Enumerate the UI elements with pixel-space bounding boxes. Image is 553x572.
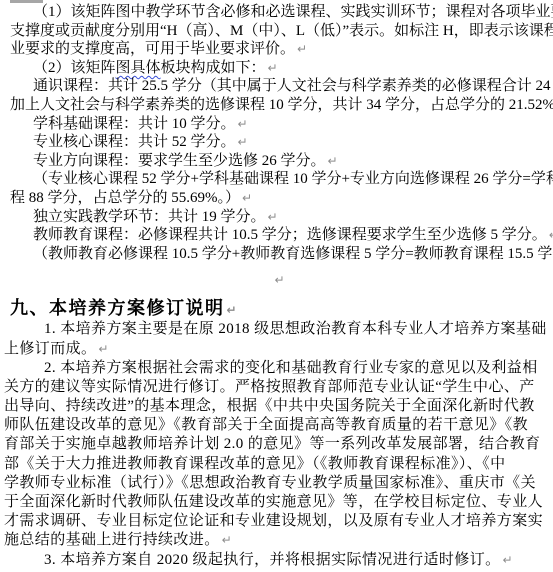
text-line: ↵: [10, 270, 547, 290]
spellcheck-squiggle: 图具体: [116, 60, 161, 76]
text-run: 1. 本培养方案主要是在原 2018 级思想政治教育本科专业人才培养方案基础: [44, 321, 547, 337]
text-run: 专业方向课程：要求学生至少选修 26 学分。: [33, 153, 326, 169]
text-line: （专业核心课程 52 学分+学科基础课程 10 学分+专业方向选修课程 26 学…: [10, 170, 547, 189]
text-line: 部《关于大力推进教师教育课程改革的意见》（《教师教育课程标准》）、《中: [4, 455, 547, 474]
paragraph-mark-icon: ↵: [227, 303, 237, 317]
text-line: 通识课程：共计 25.5 学分（其中属于人文社会与科学素养类的必修课程合计 24…: [10, 77, 547, 96]
text-run: 程 88 学分，占总学分的 55.69%。）: [10, 190, 240, 206]
text-run: 独立实践教学环节：共计 19 学分。: [33, 209, 266, 225]
text-run: 出导向、持续改进”的基本理念，根据《中共中央国务院关于全面深化新时代教: [4, 398, 535, 414]
paragraph-mark-icon: ↵: [268, 210, 278, 224]
text-line: 专业核心课程：共计 52 学分。↵: [10, 133, 547, 152]
paragraph-mark-icon: ↵: [274, 273, 284, 287]
paragraph-mark-icon: ↵: [549, 228, 553, 242]
text-line: 于全面深化新时代教师队伍建设改革的实施意见》等，在学校目标定位、专业人: [4, 493, 547, 512]
text-line: 学科基础课程：共计 10 学分。↵: [10, 115, 547, 134]
text-run: 师队伍建设改革的意见》《教育部关于全面提高高等教育质量的若干意见》《教: [4, 417, 528, 433]
text-line: 学教师专业标准（试行）》《思想政治教育专业教学质量国家标准》、重庆市《关: [4, 474, 547, 493]
text-run: 上修订而成。: [4, 341, 96, 357]
text-run: 部《关于大力推进教师教育课程改革的意见》（《教师教育课程标准》）、《中: [4, 456, 506, 472]
text-run: 施总结的基础上进行持续改进。: [4, 532, 220, 548]
paragraph-mark-icon: ↵: [503, 553, 513, 567]
paragraph-mark-icon: ↵: [98, 342, 108, 356]
paragraph-mark-icon: ↵: [297, 42, 307, 56]
paragraph-mark-icon: ↵: [242, 191, 252, 205]
text-line: （1）该矩阵图中教学环节含必修和必选课程、实践实训环节；课程对各项毕业要求的: [10, 3, 547, 22]
paragraph-mark-icon: ↵: [328, 154, 338, 168]
text-run: 支撑度或贡献度分别用“H（高）、M（中）、L（低）”表示。如标注 H，即表示该课…: [10, 23, 553, 39]
paragraph-mark-icon: ↵: [238, 117, 248, 131]
text-run: 学科基础课程：共计 10 学分。: [33, 116, 236, 132]
text-run: 通识课程：共计 25.5 学分（其中属于人文社会与科学素养类的必修课程合计 24…: [33, 78, 553, 94]
text-run: （2）该矩阵: [33, 60, 116, 76]
text-line: 业要求的支撑度高，可用于毕业要求评价。↵: [10, 40, 547, 59]
text-line: 独立实践教学环节：共计 19 学分。↵: [10, 208, 547, 227]
text-line: 程 88 学分，占总学分的 55.69%。）↵: [10, 189, 547, 208]
text-line: 出导向、持续改进”的基本理念，根据《中共中央国务院关于全面深化新时代教: [4, 397, 547, 416]
text-line: 专业方向课程：要求学生至少选修 26 学分。↵: [10, 152, 547, 171]
text-run: 于全面深化新时代教师队伍建设改革的实施意见》等，在学校目标定位、专业人: [4, 494, 543, 510]
document-body: （1）该矩阵图中教学环节含必修和必选课程、实践实训环节；课程对各项毕业要求的支撑…: [0, 0, 553, 572]
text-run: （教师教育必修课程 10.5 学分+教师教育选修课程 5 学分=教师教育课程 1…: [33, 246, 553, 262]
text-line: 师队伍建设改革的意见》《教育部关于全面提高高等教育质量的若干意见》《教: [4, 416, 547, 435]
text-line: 加上人文社会与科学素养类的选修课程 10 学分，共计 34 学分，占总学分的 2…: [10, 96, 547, 115]
text-run: 关方的建议等实际情况进行修订。严格按照教育部师范专业认证“学生中心、产: [4, 379, 535, 395]
text-run: （专业核心课程 52 学分+学科基础课程 10 学分+专业方向选修课程 26 学…: [33, 171, 553, 187]
text-run: 加上人文社会与科学素养类的选修课程 10 学分，共计 34 学分，占总学分的 2…: [10, 97, 553, 113]
section-heading: 九、本培养方案修订说明↵: [10, 296, 547, 320]
text-run: 专业核心课程：共计 52 学分。: [33, 134, 236, 150]
document-page: （1）该矩阵图中教学环节含必修和必选课程、实践实训环节；课程对各项毕业要求的支撑…: [0, 0, 553, 572]
text-run: 3. 本培养方案自 2020 级起执行，并将根据实际情况进行适时修订。: [44, 552, 501, 568]
text-line: 才需求调研、专业目标定位论证和专业建设规划，以及原有专业人才培养方案实: [4, 512, 547, 531]
text-line: 育部关于实施卓越教师培养计划 2.0 的意见》等一系列改革发展部署，结合教育: [4, 435, 547, 454]
text-line: （教师教育必修课程 10.5 学分+教师教育选修课程 5 学分=教师教育课程 1…: [10, 245, 547, 264]
text-line: 1. 本培养方案主要是在原 2018 级思想政治教育本科专业人才培养方案基础: [4, 320, 547, 339]
text-run: 业要求的支撑度高，可用于毕业要求评价。: [10, 41, 295, 57]
text-run: 育部关于实施卓越教师培养计划 2.0 的意见》等一系列改革发展部署，结合教育: [4, 436, 540, 452]
text-run: 板块构成如下：: [161, 60, 266, 76]
text-run: 教师教育课程：必修课程共计 10.5 学分；选修课程要求学生至少选修 5 学分。: [33, 227, 547, 243]
text-line: 上修订而成。↵: [4, 340, 547, 359]
text-run: 学教师专业标准（试行）》《思想政治教育专业教学质量国家标准》、重庆市《关: [4, 475, 536, 491]
text-line: 2. 本培养方案根据社会需求的变化和基础教育行业专家的意见以及利益相: [4, 359, 547, 378]
paragraph-mark-icon: ↵: [222, 533, 232, 547]
text-run: 九、本培养方案修订说明: [10, 298, 225, 318]
text-line: 教师教育课程：必修课程共计 10.5 学分；选修课程要求学生至少选修 5 学分。…: [10, 226, 547, 245]
paragraph-mark-icon: ↵: [268, 61, 278, 75]
text-line: （2）该矩阵图具体板块构成如下：↵: [10, 59, 547, 78]
paragraph-mark-icon: ↵: [238, 135, 248, 149]
text-line: 关方的建议等实际情况进行修订。严格按照教育部师范专业认证“学生中心、产: [4, 378, 547, 397]
text-run: （1）该矩阵图中教学环节含必修和必选课程、实践实训环节；课程对各项毕业要求的: [33, 4, 553, 20]
text-line: 支撑度或贡献度分别用“H（高）、M（中）、L（低）”表示。如标注 H，即表示该课…: [10, 22, 547, 41]
text-line: 施总结的基础上进行持续改进。↵: [4, 531, 547, 550]
text-run: 2. 本培养方案根据社会需求的变化和基础教育行业专家的意见以及利益相: [44, 360, 538, 376]
text-line: 3. 本培养方案自 2020 级起执行，并将根据实际情况进行适时修订。↵: [4, 551, 547, 570]
text-run: 才需求调研、专业目标定位论证和专业建设规划，以及原有专业人才培养方案实: [4, 513, 543, 529]
